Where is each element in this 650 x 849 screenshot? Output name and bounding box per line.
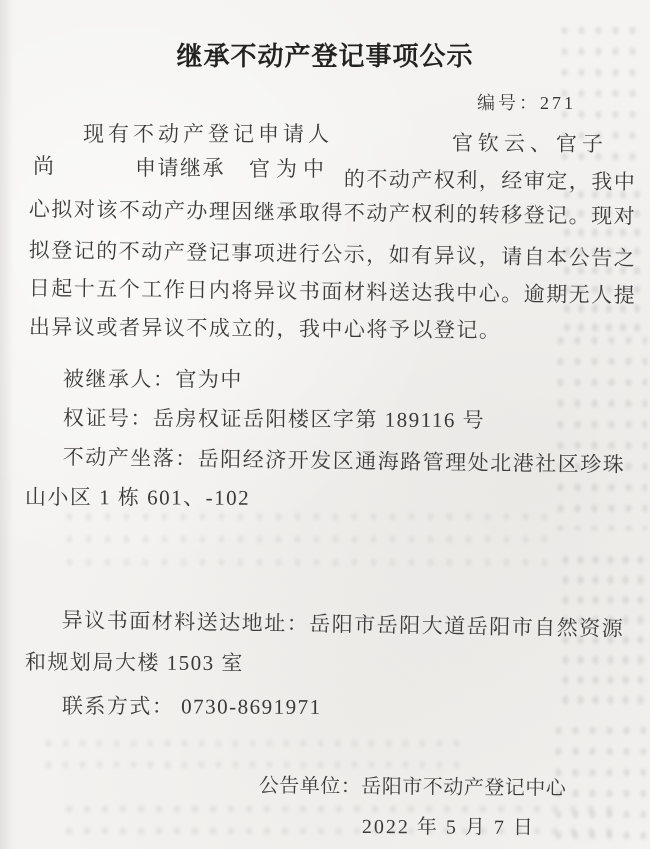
issue-date-line: 2022 年 5 月 7 日 — [362, 810, 535, 840]
objection-address-line-2: 和规划局大楼 1503 室 — [25, 646, 244, 677]
intro-continuation: 的不动产权利，经审定，我中 — [344, 163, 637, 196]
intro-line-4: 拟登记的不动产登记事项进行公示，如有异议，请自本公告之 — [29, 234, 637, 272]
contact-field: 联系方式： 0730-8691971 — [62, 690, 322, 721]
intro-form-text-1: 现有不动产登记申请人 — [83, 118, 333, 148]
issuing-unit-line: 公告单位：岳阳市不动产登记中心 — [259, 769, 567, 801]
scan-edge-shadow — [0, 0, 14, 849]
property-location-line-2: 山小区 1 栋 601、-102 — [25, 481, 250, 512]
bleed-through-artifact — [552, 330, 647, 530]
bleed-through-artifact — [60, 505, 560, 575]
notice-number: 编号：271 — [477, 89, 576, 115]
certificate-number-field: 权证号：岳房权证岳阳楼区字第 189116 号 — [63, 402, 485, 434]
applicant-names-1: 官钦云、官子 — [452, 127, 608, 158]
scanned-notice-page: 继承不动产登记事项公示 编号：271 现有不动产登记申请人 官钦云、官子 尚 申… — [0, 0, 650, 849]
decedent-name-fill: 官为中 — [249, 153, 330, 183]
decedent-field: 被继承人：官为中 — [63, 363, 243, 394]
intro-form-text-2: 申请继承 — [135, 152, 225, 182]
intro-line-3: 心拟对该不动产办理因继承取得不动产权利的转移登记。现对 — [29, 193, 637, 230]
objection-address-line-1: 异议书面材料送达地址：岳阳市岳阳大道岳阳市自然资源 — [62, 604, 625, 643]
intro-line-6: 出异议或者异议不成立的，我中心将予以登记。 — [29, 311, 502, 344]
intro-line-5: 日起十五个工作日内将异议书面材料送达我中心。逾期无人提 — [29, 272, 637, 309]
bleed-through-artifact — [60, 798, 620, 844]
applicant-names-2: 尚 — [33, 150, 56, 180]
property-location-line-1: 不动产坐落：岳阳经济开发区通海路管理处北港社区珍珠 — [63, 441, 626, 479]
bleed-through-artifact — [40, 733, 460, 775]
page-title: 继承不动产登记事项公示 — [0, 36, 650, 73]
